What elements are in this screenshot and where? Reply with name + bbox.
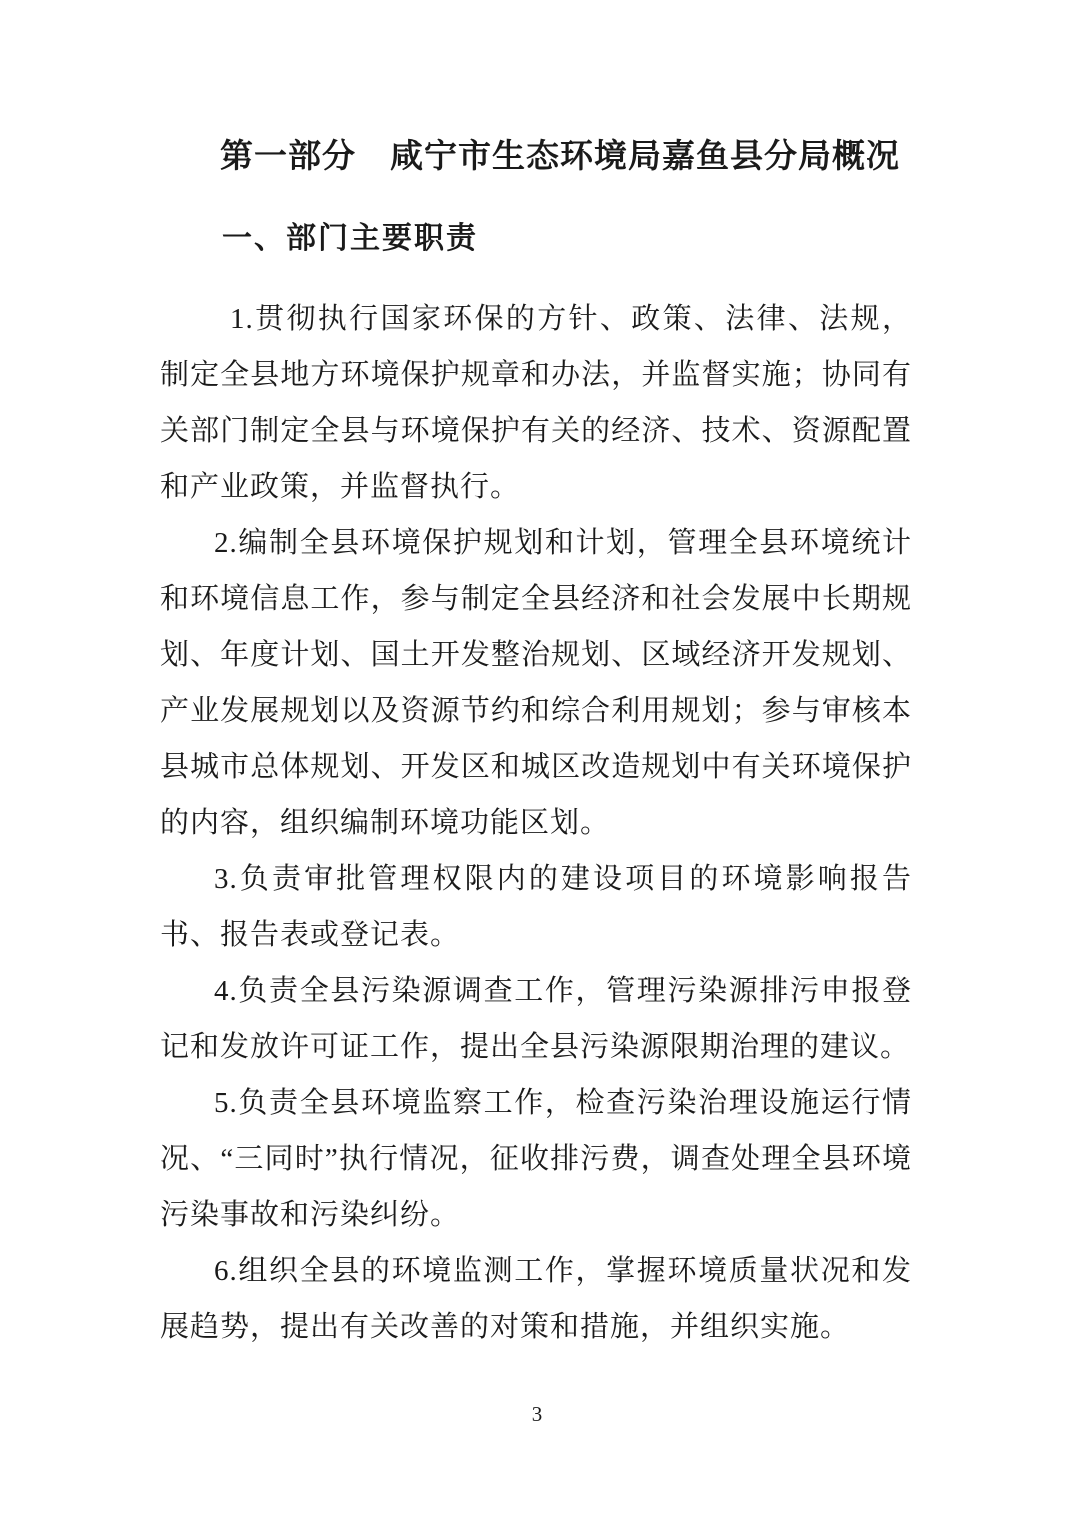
paragraph-duty-4: 4.负责全县污染源调查工作，管理污染源排污申报登记和发放许可证工作，提出全县污染… <box>160 963 912 1075</box>
paragraph-duty-6: 6.组织全县的环境监测工作，掌握环境质量状况和发展趋势，提出有关改善的对策和措施… <box>160 1243 912 1355</box>
document-page: 第一部分 咸宁市生态环境局嘉鱼县分局概况 一、部门主要职责 1.贯彻执行国家环保… <box>0 0 1074 1520</box>
paragraph-duty-3: 3.负责审批管理权限内的建设项目的环境影响报告书、报告表或登记表。 <box>160 851 912 963</box>
body-text: 1.贯彻执行国家环保的方针、政策、法律、法规，制定全县地方环境保护规章和办法，并… <box>160 291 912 1355</box>
paragraph-duty-2: 2.编制全县环境保护规划和计划，管理全县环境统计和环境信息工作，参与制定全县经济… <box>160 515 912 851</box>
section-heading-main-duties: 一、部门主要职责 <box>160 219 912 259</box>
paragraph-duty-1: 1.贯彻执行国家环保的方针、政策、法律、法规，制定全县地方环境保护规章和办法，并… <box>160 291 912 515</box>
document-title: 第一部分 咸宁市生态环境局嘉鱼县分局概况 <box>160 0 912 177</box>
paragraph-duty-5: 5.负责全县环境监察工作，检查污染治理设施运行情况、“三同时”执行情况，征收排污… <box>160 1075 912 1243</box>
page-number: 3 <box>0 1402 1074 1427</box>
